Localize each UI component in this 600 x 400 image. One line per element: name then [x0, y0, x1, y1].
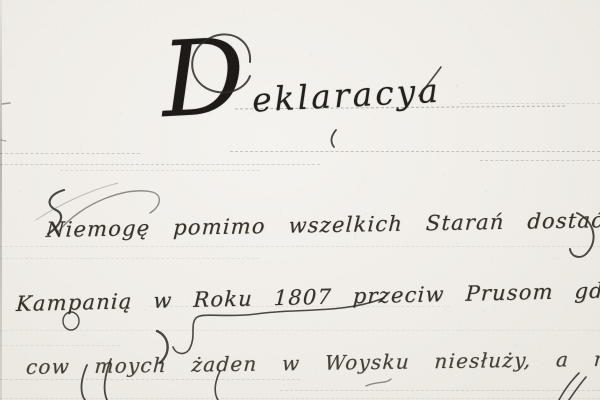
edge-tick — [2, 103, 10, 104]
paper-streak — [480, 160, 600, 161]
manuscript-page: Deklaracya Niemogę pomimo wszelkich Star… — [0, 0, 600, 400]
scan-edge-shadow — [0, 0, 2, 400]
paper-streak — [0, 258, 260, 259]
paper-streak — [0, 246, 600, 247]
wave-mark — [366, 379, 391, 386]
paper-streak — [0, 330, 600, 331]
manuscript-line-3: cow moych żaden w Woysku niesłuży, a nie… — [25, 345, 600, 379]
next-line-ascender — [559, 373, 579, 400]
document-title: Deklaracya — [158, 6, 444, 165]
paper-streak — [0, 398, 600, 399]
diagonal-faint-stroke — [36, 183, 118, 220]
paper-streak — [460, 103, 600, 104]
manuscript-line-2: Kampanią w Roku 1807 przeciw Prusom gdyż… — [16, 276, 600, 316]
paper-streak — [0, 379, 300, 380]
manuscript-line-1: Niemogę pomimo wszelkich Starań dostać S… — [45, 206, 600, 242]
paper-streak — [0, 345, 120, 346]
paper-streak — [280, 390, 600, 391]
next-line-ascender — [569, 377, 586, 400]
paper-streak — [60, 170, 260, 171]
paper-streak — [0, 164, 320, 165]
paper-streak — [0, 153, 140, 154]
